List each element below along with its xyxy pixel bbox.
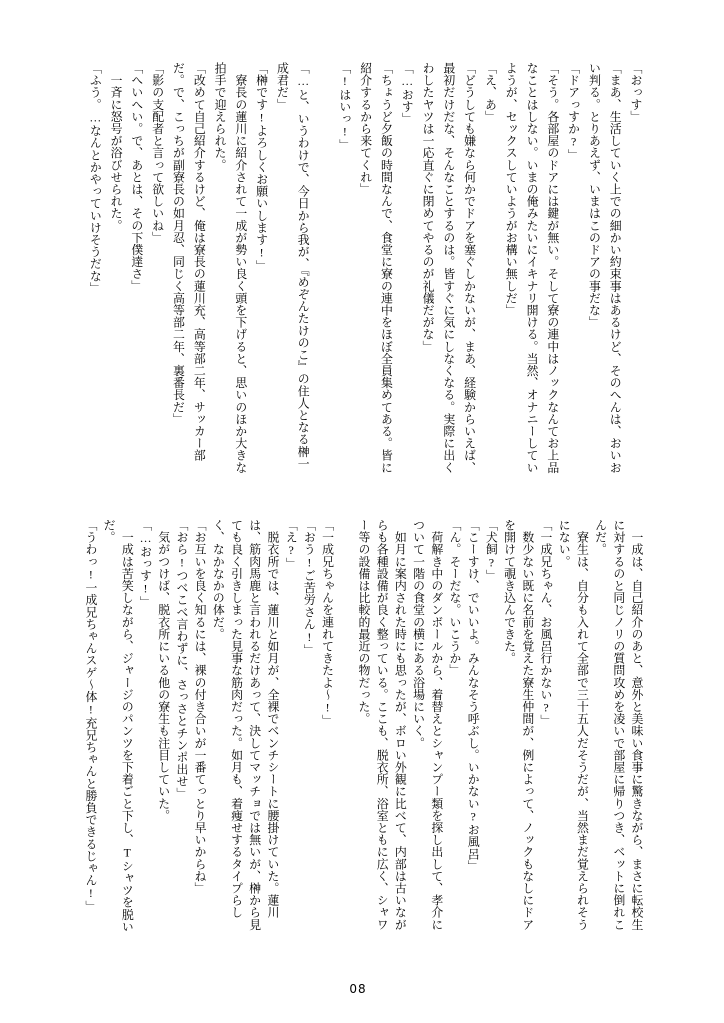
text-line: わしたヤツは一応直ぐに閉めてやるのが礼儀だがな」: [417, 62, 438, 478]
text-line: だ。で、こっちが副寮長の如月忍、同じく高等部二年、裏番長だ」: [168, 62, 189, 478]
text-line: 「どうしても嫌なら何かでドアを塞ぐしかないが、まあ、経験からいえば、: [459, 62, 480, 478]
text-line: を開けて覗き込んできた。: [500, 519, 518, 925]
text-line: [313, 62, 334, 478]
text-line: 「犬飼?」: [482, 519, 500, 925]
text-line: 「おっす」: [625, 62, 646, 478]
text-line: 「お互いを良く知るには、裸の付き合いが一番てっとり早いからね」: [191, 519, 209, 925]
text-line: 「おら!つべこべ言わずに、さっさとチンポ出せ」: [173, 519, 191, 925]
text-line: だ。: [100, 519, 118, 925]
text-line: 一成は苦笑しながら、ジャージのパンツを下着ごと下し、Tシャツを脱い: [118, 519, 136, 925]
text-line: く、なかなかの体だ。: [209, 519, 227, 925]
text-line: 「ふう。…なんとかやっていけそうだな」: [84, 62, 105, 478]
text-line: 「一成兄ちゃんを連れてきたよ～!」: [318, 519, 336, 925]
text-line: 「へいへい。で、あとは、その下僕達さ」: [126, 62, 147, 478]
text-line: 成君だ」: [272, 62, 293, 478]
text-line: ても良く引きしまった見事な筋肉だった。如月も、着痩せするタイプらし: [227, 519, 245, 925]
text-line: に対するのと同じノリの質問攻めを凌いで部屋に帰りつき、ベットに倒れこ: [610, 519, 628, 925]
text-line: 一斉に怒号が浴びせられた。: [105, 62, 126, 478]
text-line: 「…と、いうわけで、今日から我が、『めぞんたけのこ』の住人となる榊一: [292, 62, 313, 478]
text-line: 「…おす」: [396, 62, 417, 478]
text-line: 「榊です!よろしくお願いします!」: [251, 62, 272, 478]
text-line: 脱衣所では、蓮川と如月が、全裸でベンチシートに腰掛けていた。蓮川: [264, 519, 282, 925]
text-line: 「そう。各部屋のドアには鍵が無い。そして寮の連中はノックなんてお上品: [542, 62, 563, 478]
text-line: 「…おっす!」: [136, 519, 154, 925]
text-line: は、筋肉馬鹿と言われるだけあって、決してマッチョでは無いが、榊から見: [246, 519, 264, 925]
text-line: 「え?」: [282, 519, 300, 925]
text-line: にない。: [555, 519, 573, 925]
text-line: 寮生は、自分も入れて全部で三十五人だそうだが、当然まだ覚えられそう: [573, 519, 591, 925]
text-line: 「ちょうど夕飯の時間なんで、食堂に寮の連中をほぼ全員集めてある。皆に: [376, 62, 397, 478]
text-line: 「うわっ!一成兄ちゃんスゲ～体!充兄ちゃんと勝負できるじゃん!」: [82, 519, 100, 925]
text-line: 「おう!ご苦労さん!」: [300, 519, 318, 925]
text-line: 紹介するから来てくれ」: [355, 62, 376, 478]
text-line: 「影の支配者と言って欲しいね」: [147, 62, 168, 478]
text-line: ー等の設備は比較的最近の物だった。: [355, 519, 373, 925]
text-line: 如月に案内された時にも思ったが、ボロい外観に比べて、内部は古いなが: [391, 519, 409, 925]
text-line: 「改めて自己紹介するけど、俺は寮長の蓮川充、高等部二年、サッカー部: [188, 62, 209, 478]
text-line: 「一成兄ちゃん、お風呂行かない?」: [537, 519, 555, 925]
text-line: 数少ない既に名前を覚えた寮生仲間が、例によって、ノックもなしにドア: [519, 519, 537, 925]
text-block-bottom: 一成は、自己紹介のあと、意外と美味い食事に驚きながら、まさに転校生に対するのと同…: [82, 519, 646, 925]
page-number: 08: [336, 982, 380, 996]
text-line: ついて一階の食堂の横にある浴場にいく。: [409, 519, 427, 925]
text-line: 気がつけば、脱衣所にいる他の寮生も注目していた。: [155, 519, 173, 925]
text-line: 「!はいっ!」: [334, 62, 355, 478]
text-line: んだ。: [591, 519, 609, 925]
text-line: 寮長の蓮川に紹介されて一成が勢い良く頭を下げると、思いのほか大きな: [230, 62, 251, 478]
text-line: い判る。とりあえず、いまはこのドアの事だな」: [584, 62, 605, 478]
text-line: 「こーすけ、でいいよ。みんなそう呼ぶし。いかない?お風呂」: [464, 519, 482, 925]
text-line: 最初だけだな、そんなことするのは。皆すぐに気にしなくなる。実際に出く: [438, 62, 459, 478]
text-line: 「え、あ」: [480, 62, 501, 478]
text-line: 拍手で迎えられた。: [209, 62, 230, 478]
text-line: 「ん。そーだな。いこうか」: [446, 519, 464, 925]
text-line: 一成は、自己紹介のあと、意外と美味い食事に驚きながら、まさに転校生: [628, 519, 646, 925]
text-line: 荷解き中のダンボールから、着替えとシャンプー類を探し出して、孝介に: [428, 519, 446, 925]
text-line: [337, 519, 355, 925]
text-line: 「ドアっすか?」: [563, 62, 584, 478]
text-line: らも各種設備が良く整っている。ここも、脱衣所、浴室ともに広く、シャワ: [373, 519, 391, 925]
manuscript-page: 「おっす」「まあ、生活していく上での細かい約束事はあるけど、そのへんは、おいおい…: [0, 0, 724, 1023]
text-line: なことはしない。いまの俺みたいにイキナリ開ける。当然、オナニーしてい: [521, 62, 542, 478]
text-block-top: 「おっす」「まあ、生活していく上での細かい約束事はあるけど、そのへんは、おいおい…: [84, 62, 646, 478]
text-line: ようが、セックスしていようがお構い無しだ」: [500, 62, 521, 478]
text-line: 「まあ、生活していく上での細かい約束事はあるけど、そのへんは、おいお: [604, 62, 625, 478]
